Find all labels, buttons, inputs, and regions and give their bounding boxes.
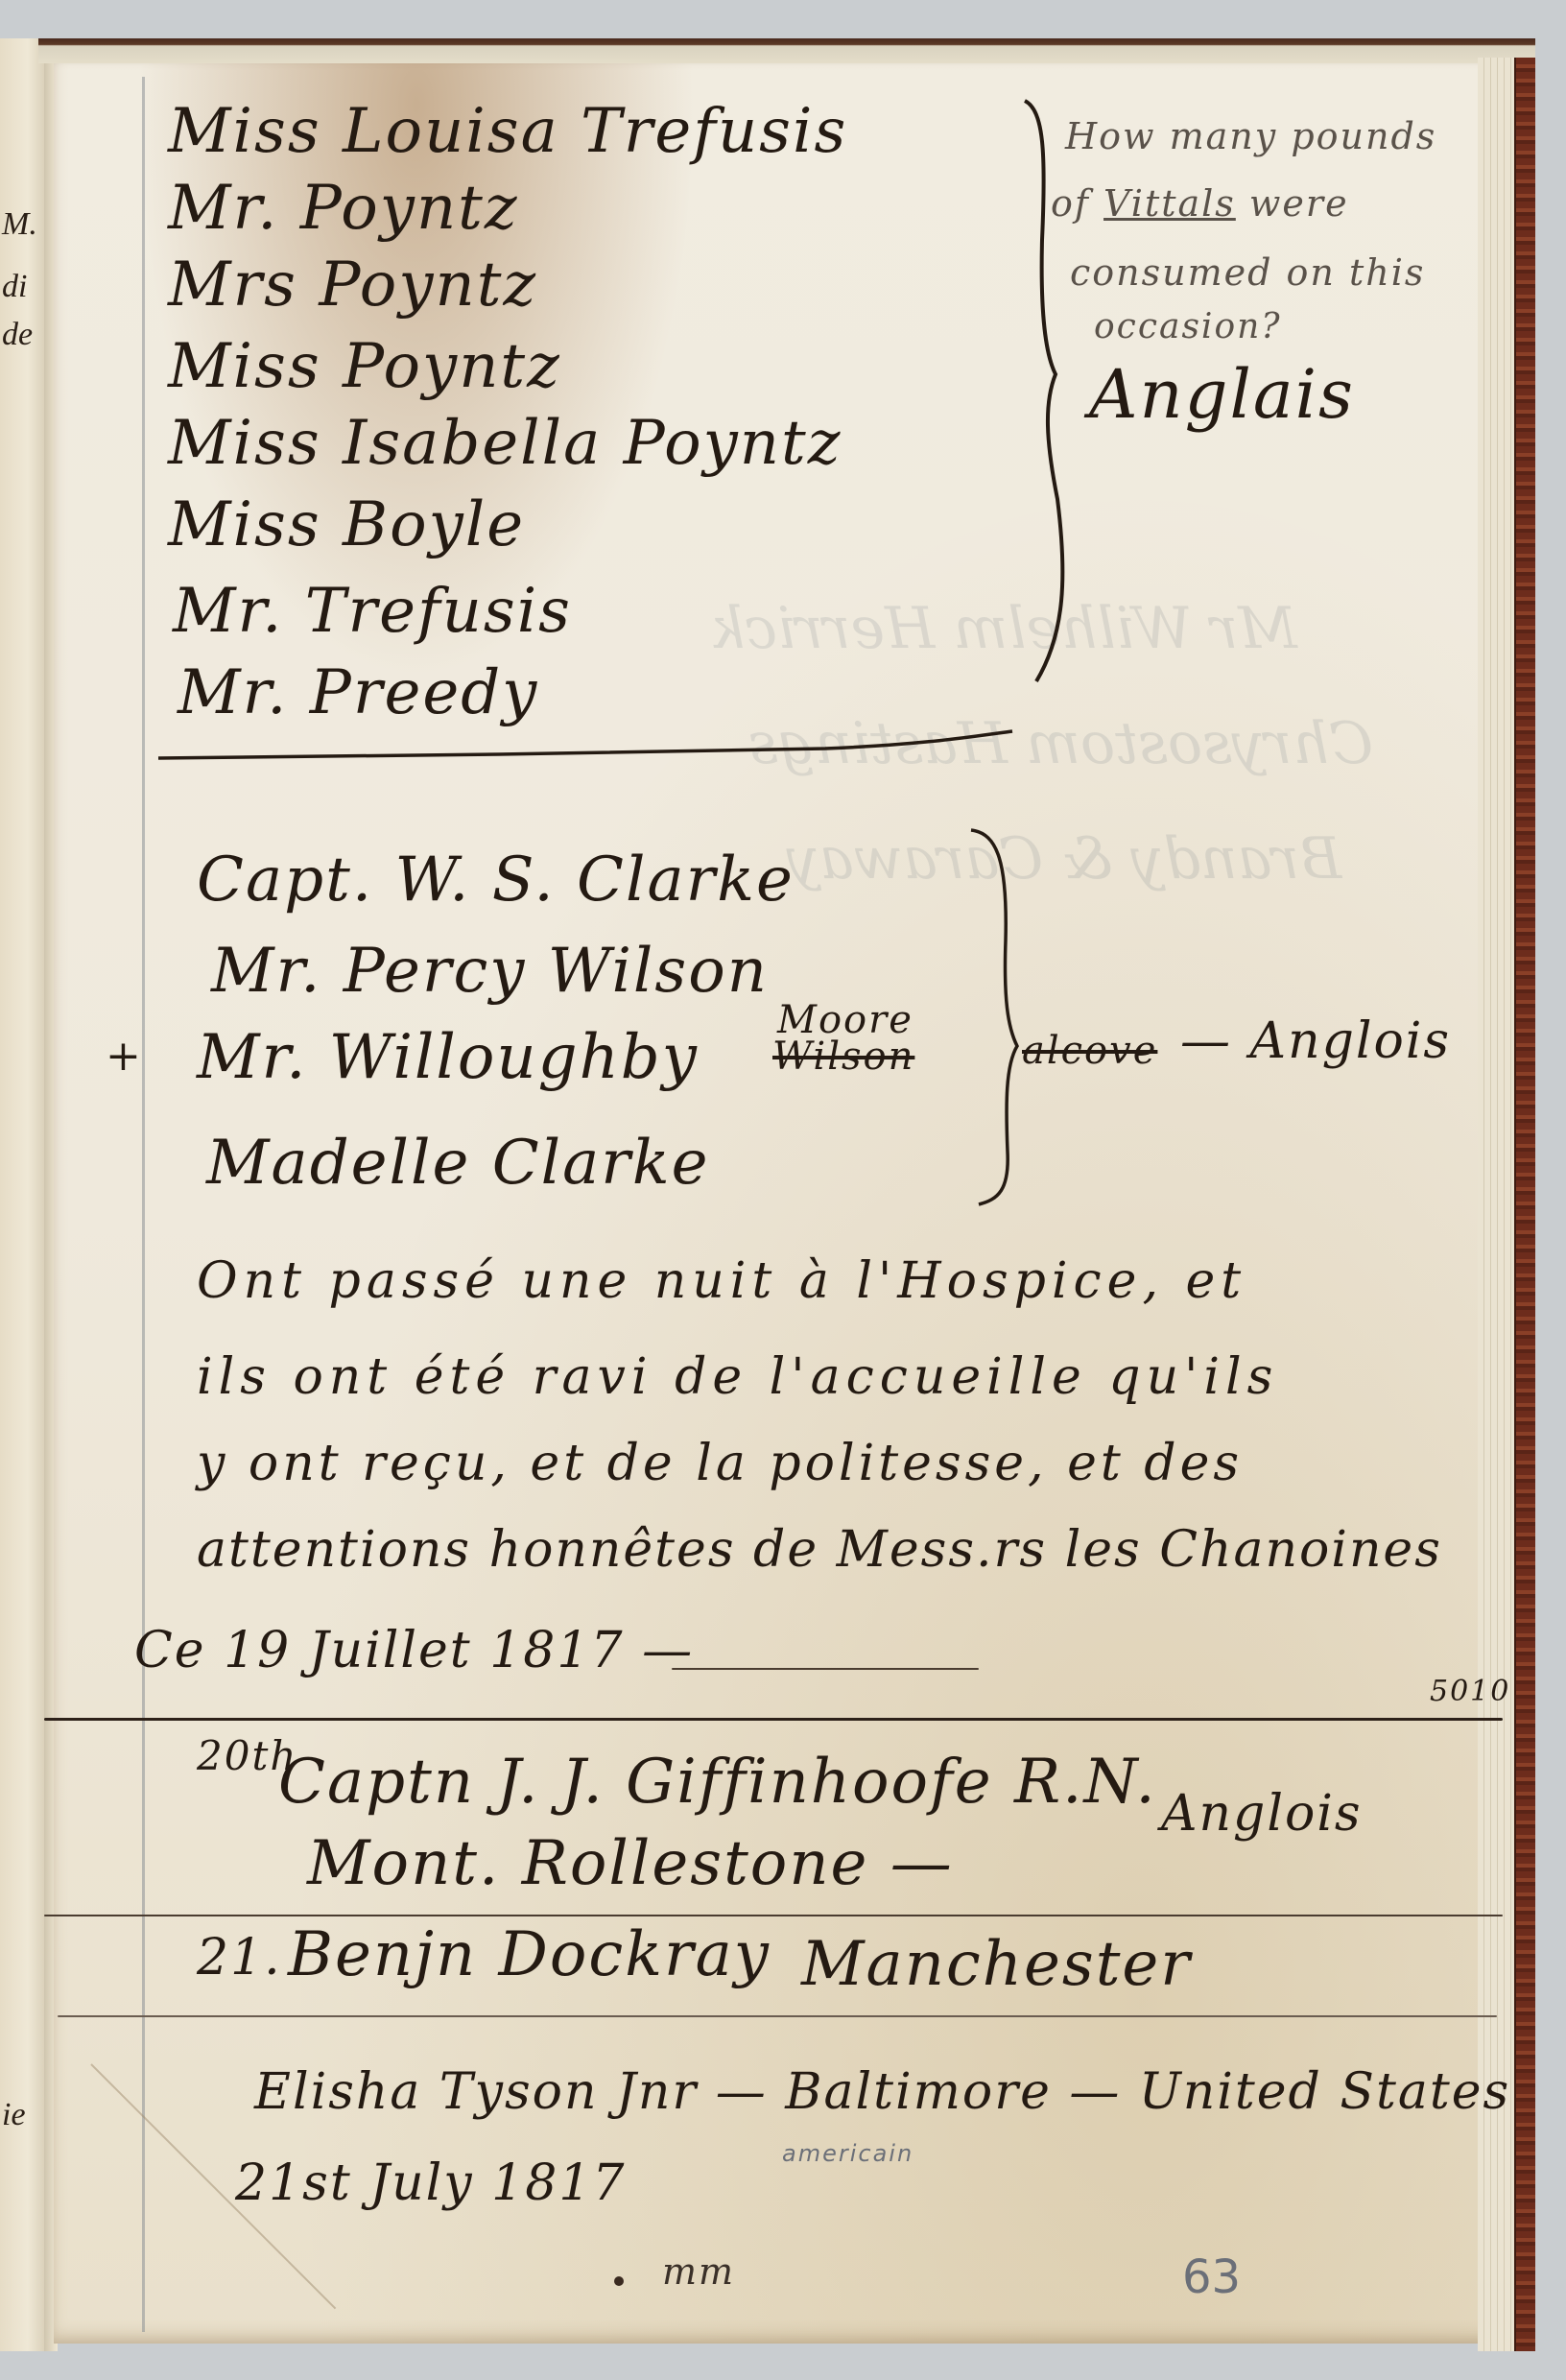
entry-separator-rule — [58, 2015, 1497, 2017]
visitor-name: Benjn Dockray — [288, 1919, 771, 1990]
visitor-name: Miss Boyle — [168, 489, 525, 560]
underlined-word: Vittals — [1103, 182, 1236, 225]
struck-out-word: alcove — [1022, 1029, 1157, 1073]
grouping-bracket — [969, 825, 1027, 1209]
ink-dot — [614, 2276, 624, 2286]
paragraph-line: Ont passé une nuit à l'Hospice, et — [197, 1252, 1246, 1310]
margin-mark: 5010 — [1430, 1675, 1510, 1708]
previous-page-fragment: M. — [2, 206, 37, 243]
page-number: 63 — [1182, 2250, 1241, 2304]
entry-date: 21st July 1817 — [235, 2154, 627, 2212]
visitor-name: Capt. W. S. Clarke — [197, 845, 795, 916]
leather-binding — [1514, 58, 1535, 2351]
visitor-name: Mont. Rollestone — — [307, 1828, 954, 1899]
visitor-name: Madelle Clarke — [206, 1128, 710, 1199]
pencil-margin-line — [142, 77, 145, 2332]
paragraph-line: ils ont été ravi de l'accueille qu'ils — [197, 1348, 1278, 1406]
visitor-name: Miss Poyntz — [168, 331, 561, 402]
visitor-line: Elisha Tyson Jnr — Baltimore — United St… — [254, 2063, 1510, 2121]
page-edges — [1478, 58, 1516, 2351]
previous-page-edge — [0, 38, 48, 2351]
margin-note-line: consumed on this — [1070, 251, 1425, 294]
visitor-name: Mr. Percy Wilson — [211, 936, 769, 1007]
pencil-mark: mm — [662, 2250, 735, 2293]
nationality-label: Anglais — [1089, 355, 1355, 434]
entry-separator-rule — [44, 1718, 1503, 1721]
top-binding-edge — [38, 38, 1535, 63]
paragraph-line: y ont reçu, et de la politesse, et des — [197, 1435, 1243, 1492]
visitor-name: Mr. Willoughby — [197, 1022, 699, 1093]
struck-out-word: Wilson — [772, 1035, 914, 1079]
ink-bleed-through: Brandy & Caraway — [787, 825, 1341, 892]
margin-note-line: How many pounds — [1065, 115, 1436, 157]
pencil-annotation: americain — [782, 2140, 913, 2167]
cross-mark: + — [106, 1032, 143, 1081]
ink-bleed-through: Mr Wilhelm Herrick — [710, 595, 1297, 662]
paragraph-line: attentions honnêtes de Mess.rs les Chano… — [197, 1521, 1442, 1579]
entry-day: 21. — [197, 1929, 282, 1987]
visitor-name: Captn J. J. Giffinhoofe R.N. — [278, 1747, 1157, 1818]
visitor-name: Mr. Poyntz — [168, 173, 519, 244]
visitor-name: Miss Isabella Poyntz — [168, 408, 842, 479]
previous-page-fragment: di — [2, 269, 27, 305]
date-underline — [672, 1668, 979, 1670]
margin-note-line: occasion? — [1094, 307, 1282, 346]
visitor-name: Mr. Trefusis — [173, 576, 572, 647]
separator-rule — [154, 710, 1056, 787]
visitor-name: Miss Louisa Trefusis — [168, 96, 847, 167]
previous-page-fragment: de — [2, 317, 33, 353]
visitor-name: Mrs Poyntz — [168, 250, 537, 321]
margin-note-line: of Vittals were — [1051, 182, 1349, 225]
visitor-place: Manchester — [801, 1929, 1192, 2000]
entry-date: Ce 19 Juillet 1817 — — [134, 1622, 694, 1679]
nationality-label: — Anglois — [1180, 1012, 1451, 1070]
nationality-label: Anglois — [1161, 1785, 1363, 1843]
entry-separator-rule — [44, 1915, 1503, 1916]
previous-page-fragment: ie — [2, 2097, 26, 2133]
